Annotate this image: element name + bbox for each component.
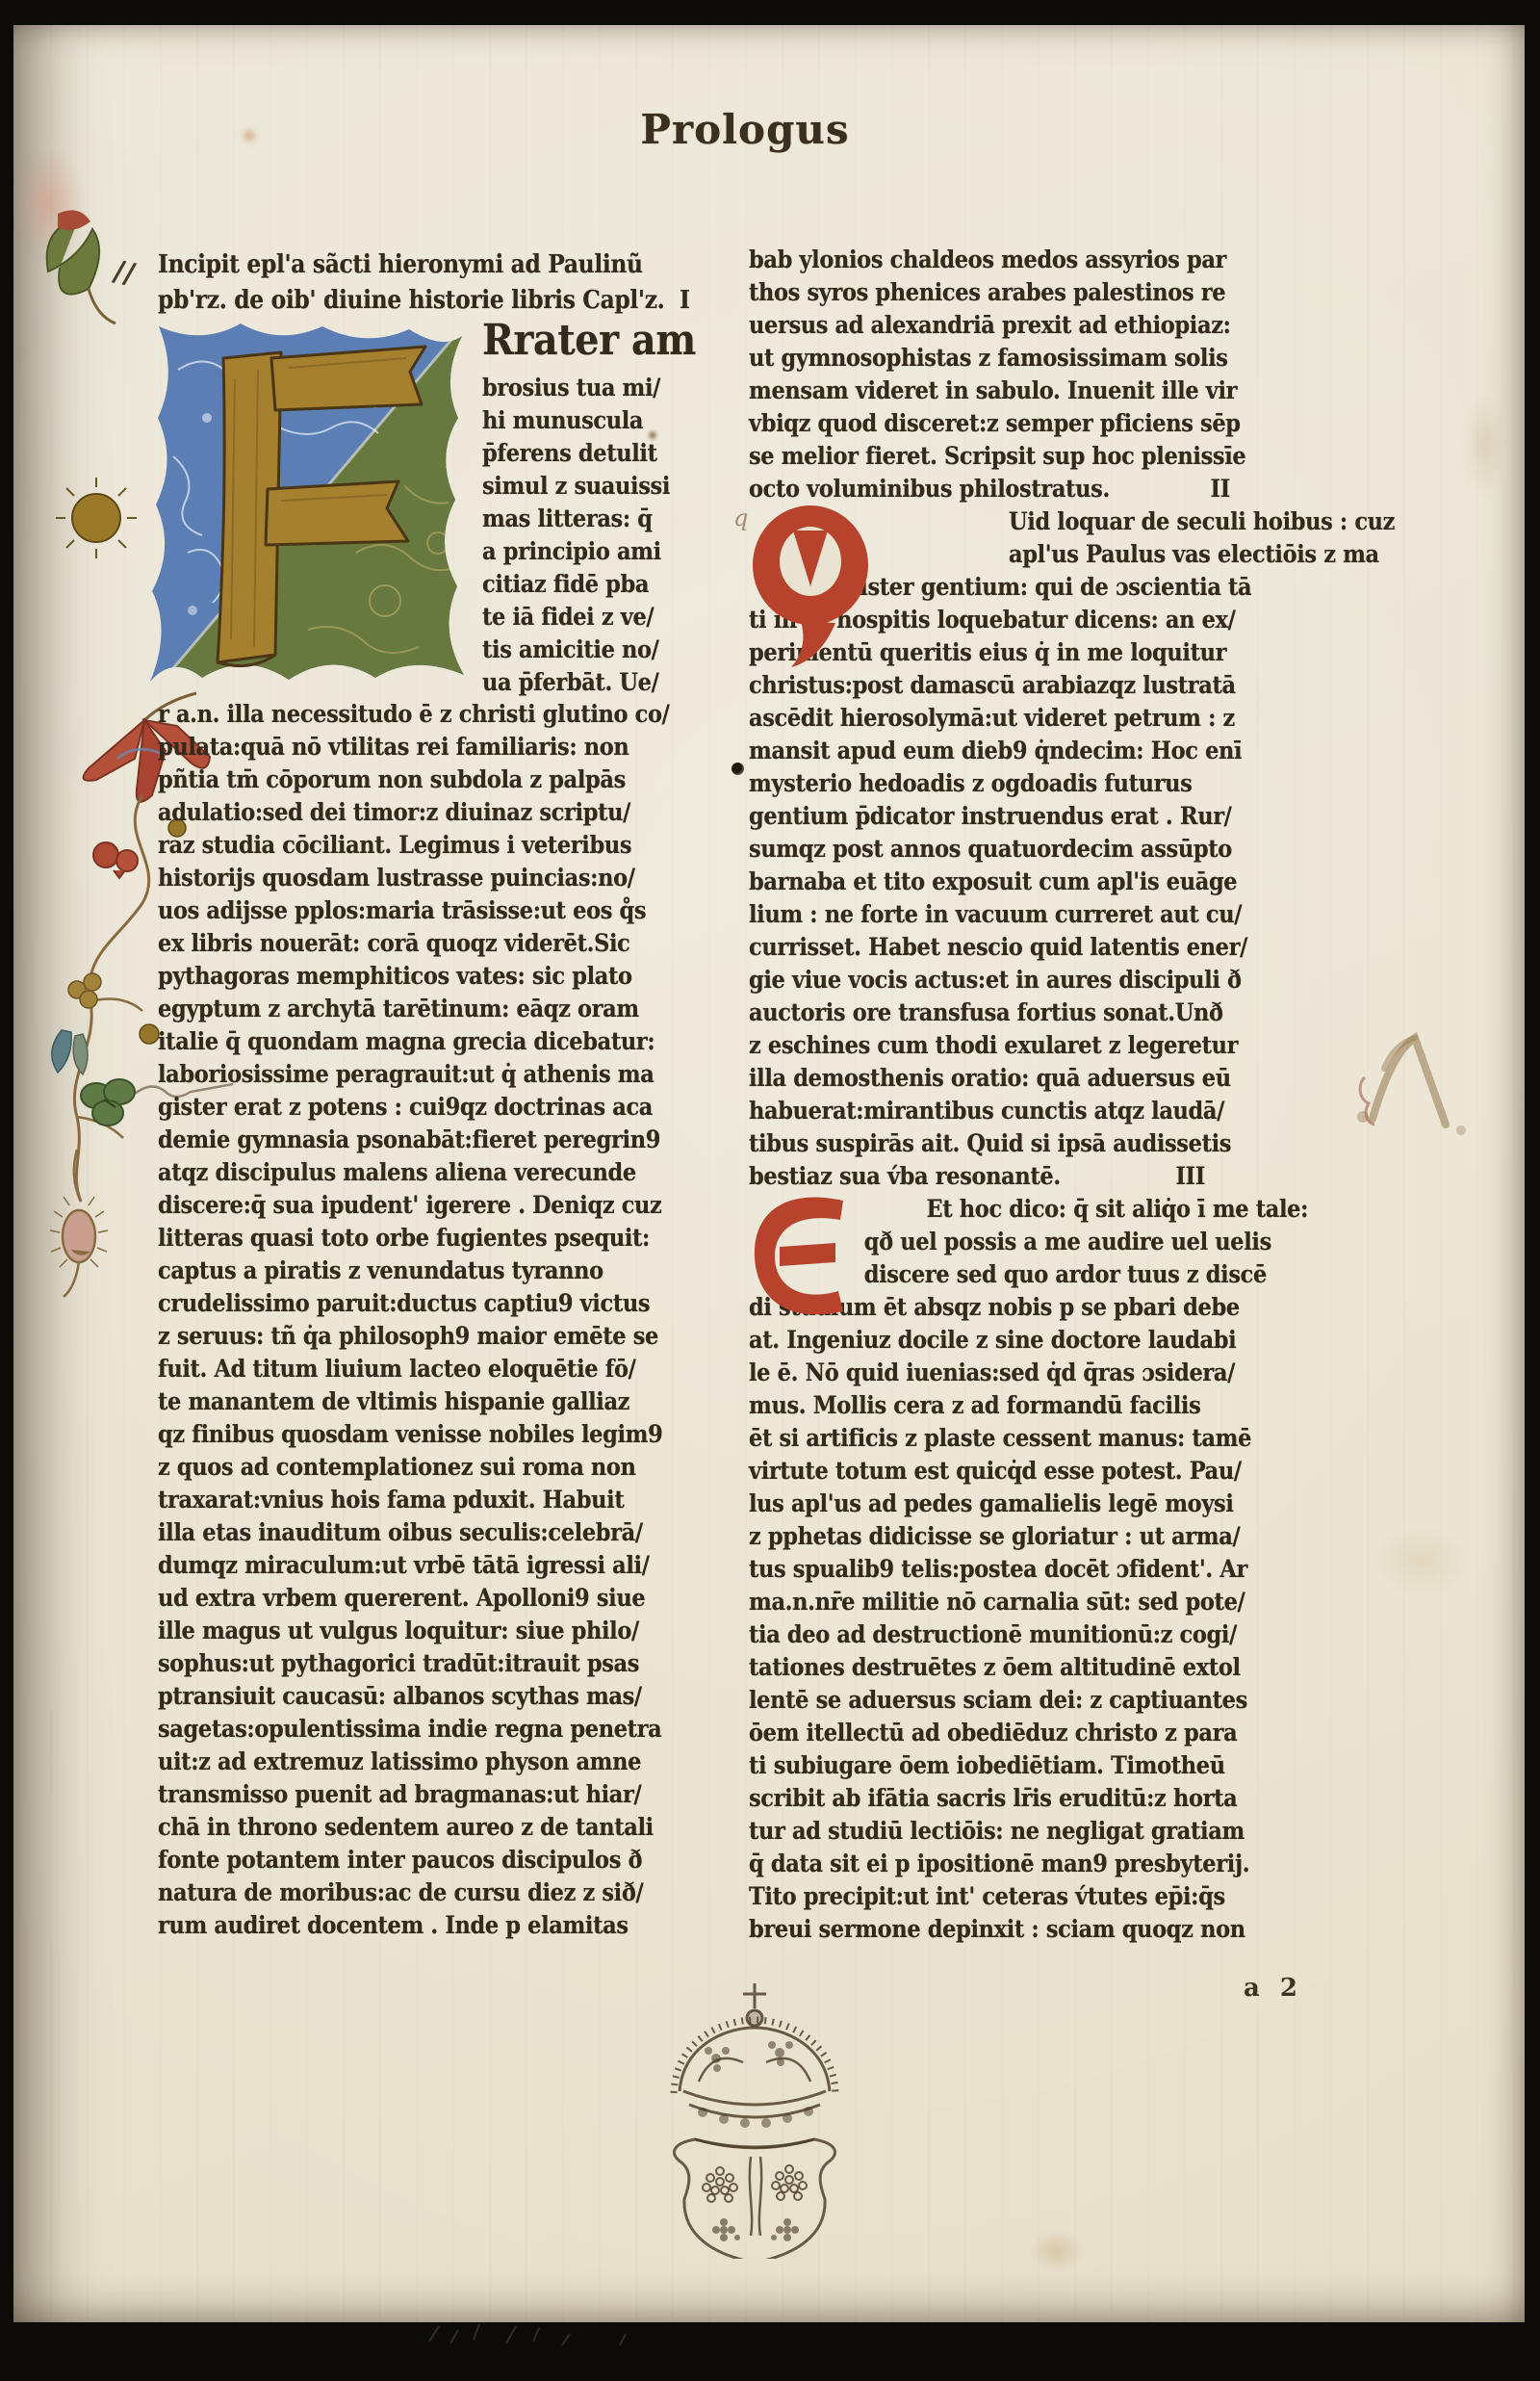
text-line: mansit apud eum dieb9 q̇ndecim: Hoc enī bbox=[749, 735, 1303, 767]
text-line: ille magus ut vulgus loquitur: siue phil… bbox=[158, 1615, 712, 1647]
text-line: egyptum z archytā tarētinum: eāqz oram bbox=[158, 993, 712, 1025]
text-line: ma.n.nr̄e militie nō carnalia sūt: sed p… bbox=[749, 1586, 1303, 1618]
text-line: uos adijsse pplos:maria trāsisse:ut eos … bbox=[158, 894, 712, 927]
text-line: rum audiret docentem . Inde p elamitas bbox=[158, 1909, 712, 1942]
text-line: chā in throno sedentem aureo z de tantal… bbox=[158, 1811, 712, 1844]
text-line: fuit. Ad titum liuium lacteo eloquētie f… bbox=[158, 1353, 712, 1385]
text-line: tationes destruētes z ōem altitudinē ext… bbox=[749, 1651, 1303, 1684]
text-line: habuerat:mirantibus cunctis atqz laudā/ bbox=[749, 1095, 1303, 1127]
text-line: ascēdit hierosolymā:ut videret petrum : … bbox=[749, 702, 1303, 735]
text-line: raz studia cōciliant. Legimus i veteribu… bbox=[158, 829, 712, 862]
text-line: r a.n. illa necessitudo ē z christi glut… bbox=[158, 698, 712, 731]
text-line: ut gymnosophistas z famosissimam solis bbox=[749, 342, 1303, 375]
text-line: ōem itellectū ad obediēduz christo z par… bbox=[749, 1717, 1303, 1749]
text-line: z pphetas didicisse se gloriatur : ut ar… bbox=[749, 1520, 1303, 1553]
text-line: ex libris nouerāt: corā quoqz viderēt.Si… bbox=[158, 927, 712, 960]
text-line: scribit ab ifātia sacris lr̄is eruditū:z… bbox=[749, 1782, 1303, 1815]
text-line: vbiqz quod disceret:z semper pficiens sē… bbox=[749, 407, 1303, 440]
text-line: captus a piratis z venundatus tyranno bbox=[158, 1255, 712, 1287]
stain-bottom bbox=[1030, 2230, 1084, 2272]
text-line: te manantem de vltimis hispanie galliaz bbox=[158, 1385, 712, 1418]
text-line: pñtia tm̄ cōporum non subdola z palpās bbox=[158, 763, 712, 796]
text-line: laboriosissime peragrauit:ut q̇ athenis … bbox=[158, 1058, 712, 1091]
text-line: lium : ne forte in vacuum curreret aut c… bbox=[749, 898, 1303, 931]
ownership-stamp-crowned-shield bbox=[635, 1978, 878, 2259]
text-line: sagetas:opulentissima indie regna penetr… bbox=[158, 1713, 712, 1746]
stain-middle bbox=[1374, 1527, 1467, 1594]
text-line: virtute totum est quicq̇d esse potest. P… bbox=[749, 1455, 1303, 1488]
text-line: barnaba et tito exposuit cum apl'is euāg… bbox=[749, 866, 1303, 898]
text-line: sophus:ut pythagorici tradūt:itrauit psa… bbox=[158, 1647, 712, 1680]
text-line: mensam videret in sabulo. Inuenit ille v… bbox=[749, 375, 1303, 407]
text-line: litteras quasi toto orbe fugientes psequ… bbox=[158, 1222, 712, 1255]
text-line: lus apl'us ad pedes gamalielis legē moys… bbox=[749, 1488, 1303, 1520]
page-title: Prologus bbox=[605, 106, 885, 153]
handwritten-margin-letter-a bbox=[1353, 1024, 1478, 1145]
text-line: sumqz post annos quatuordecim assūpto bbox=[749, 833, 1303, 866]
left-column-body: r a.n. illa necessitudo ē z christi glut… bbox=[158, 698, 712, 1942]
text-line: crudelissimo paruit:ductus captiu9 victu… bbox=[158, 1287, 712, 1320]
text-line: pulata:quā nō vtilitas rei familiaris: n… bbox=[158, 731, 712, 763]
text-line: q̄ data sit ei p ipositionē man9 presbyt… bbox=[749, 1848, 1303, 1880]
text-line: bab ylonios chaldeos medos assyrios par bbox=[749, 244, 1303, 276]
text-line: qz finibus quosdam venisse nobiles legim… bbox=[158, 1418, 712, 1451]
text-line: z seruus: tñ q̇a philosoph9 maior emēte … bbox=[158, 1320, 712, 1353]
text-line: italie q̄ quondam magna grecia dicebatur… bbox=[158, 1025, 712, 1058]
text-line: atqz discipulus malens aliena verecunde bbox=[158, 1156, 712, 1189]
pen-scratches bbox=[418, 2316, 706, 2349]
handwritten-q-note: q bbox=[733, 505, 748, 531]
text-line: uersus ad alexandriā prexit ad ethiopiaz… bbox=[749, 309, 1303, 342]
right-column-block-a: bab ylonios chaldeos medos assyrios part… bbox=[749, 244, 1303, 505]
text-line: tia deo ad destructionē munitionū:z cogi… bbox=[749, 1618, 1303, 1651]
quire-signature: a 2 bbox=[1244, 1974, 1303, 2003]
text-line: at. Ingeniuz docile z sine doctore lauda… bbox=[749, 1324, 1303, 1357]
text-line: illa demosthenis oratio: quā aduersus eū bbox=[749, 1062, 1303, 1095]
text-line: thos syros phenices arabes palestinos re bbox=[749, 276, 1303, 309]
text-line: discere:q̄ sua ipudent' igerere . Deniqz… bbox=[158, 1189, 712, 1222]
text-line: tus spualib9 telis:postea docēt ɔfident'… bbox=[749, 1553, 1303, 1586]
text-line: fonte potantem inter paucos discipulos ð bbox=[158, 1844, 712, 1876]
text-line: historijs quosdam lustrasse puincias:no/ bbox=[158, 862, 712, 894]
stain-edge bbox=[1463, 391, 1505, 497]
text-line: ti subiugare ōem iobediētiam. Timotheū bbox=[749, 1749, 1303, 1782]
text-line: le ē. Nō quid iuenias:sed q̇d q̄ras ɔsid… bbox=[749, 1357, 1303, 1389]
text-line: mysterio hedoadis z ogdoadis futurus bbox=[749, 767, 1303, 800]
text-line: gister erat z potens : cui9qz doctrinas … bbox=[158, 1091, 712, 1124]
text-line: pythagoras memphiticos vates: sic plato bbox=[158, 960, 712, 993]
right-column-block-b: ti in se hospitis loquebatur dicens: an … bbox=[749, 604, 1303, 1193]
text-line: auctoris ore transfusa fortius sonat.Unð bbox=[749, 996, 1303, 1029]
rubricated-initial-e bbox=[743, 1185, 859, 1325]
text-line: z quos ad contemplationez sui roma non bbox=[158, 1451, 712, 1484]
text-line: mus. Mollis cera z ad formandū facilis bbox=[749, 1389, 1303, 1422]
text-line: ud extra vrbem quererent. Apolloni9 siue bbox=[158, 1582, 712, 1615]
stain-orange bbox=[241, 127, 258, 144]
photographed-incunable-page: { "page": { "heading": "Prologus", "sign… bbox=[0, 0, 1540, 2381]
text-line: transmisso puenit ad bragmanas:ut hiar/ bbox=[158, 1778, 712, 1811]
text-line: ptransiuit caucasū: albanos scythas mas/ bbox=[158, 1680, 712, 1713]
text-line: ēt si artificis z plaste cessent manus: … bbox=[749, 1422, 1303, 1455]
text-line: gie viue vocis actus:et in aures discipu… bbox=[749, 964, 1303, 996]
text-line: Tito precipit:ut int' ceteras v́tutes ep… bbox=[749, 1880, 1303, 1913]
text-line: gentium p̄dicator instruendus erat . Rur… bbox=[749, 800, 1303, 833]
text-line: breui sermone depinxit : sciam quoqz non bbox=[749, 1913, 1303, 1946]
text-line: tur ad studiū lectiōis: ne negligat grat… bbox=[749, 1815, 1303, 1848]
text-line: traxarat:vnius hois fama pduxit. Habuit bbox=[158, 1484, 712, 1516]
text-line: natura de moribus:ac de cursu diez z sið… bbox=[158, 1876, 712, 1909]
parchment-page: Prologus // Incipit epl'a sãcti hieronym… bbox=[13, 25, 1525, 2322]
text-line: adulatio:sed dei timor:z diuinaz scriptu… bbox=[158, 796, 712, 829]
text-line: lentē se aduersus sciam dei: z captiuant… bbox=[749, 1684, 1303, 1717]
text-line: se melior fieret. Scripsit sup hoc pleni… bbox=[749, 440, 1303, 473]
text-line: demie gymnasia psonabāt:fieret peregrin9 bbox=[158, 1124, 712, 1156]
right-column-block-c: di studium ēt absqz nobis p se pbari deb… bbox=[749, 1291, 1303, 1946]
text-line: dumqz miraculum:ut vrbē tātā igressi ali… bbox=[158, 1549, 712, 1582]
text-line: uit:z ad extremuz latissimo physon amne bbox=[158, 1746, 712, 1778]
text-line: octo voluminibus philostratus. II bbox=[749, 473, 1303, 505]
text-line: illa etas inauditum oibus seculis:celebr… bbox=[158, 1516, 712, 1549]
text-line: tibus suspirās ait. Quid si ipsā audisse… bbox=[749, 1127, 1303, 1160]
wormhole bbox=[731, 763, 744, 775]
text-line: currisset. Habet nescio quid latentis en… bbox=[749, 931, 1303, 964]
rubricated-initial-q bbox=[745, 502, 889, 675]
text-line: z eschines cum thodi exularet z legeretu… bbox=[749, 1029, 1303, 1062]
